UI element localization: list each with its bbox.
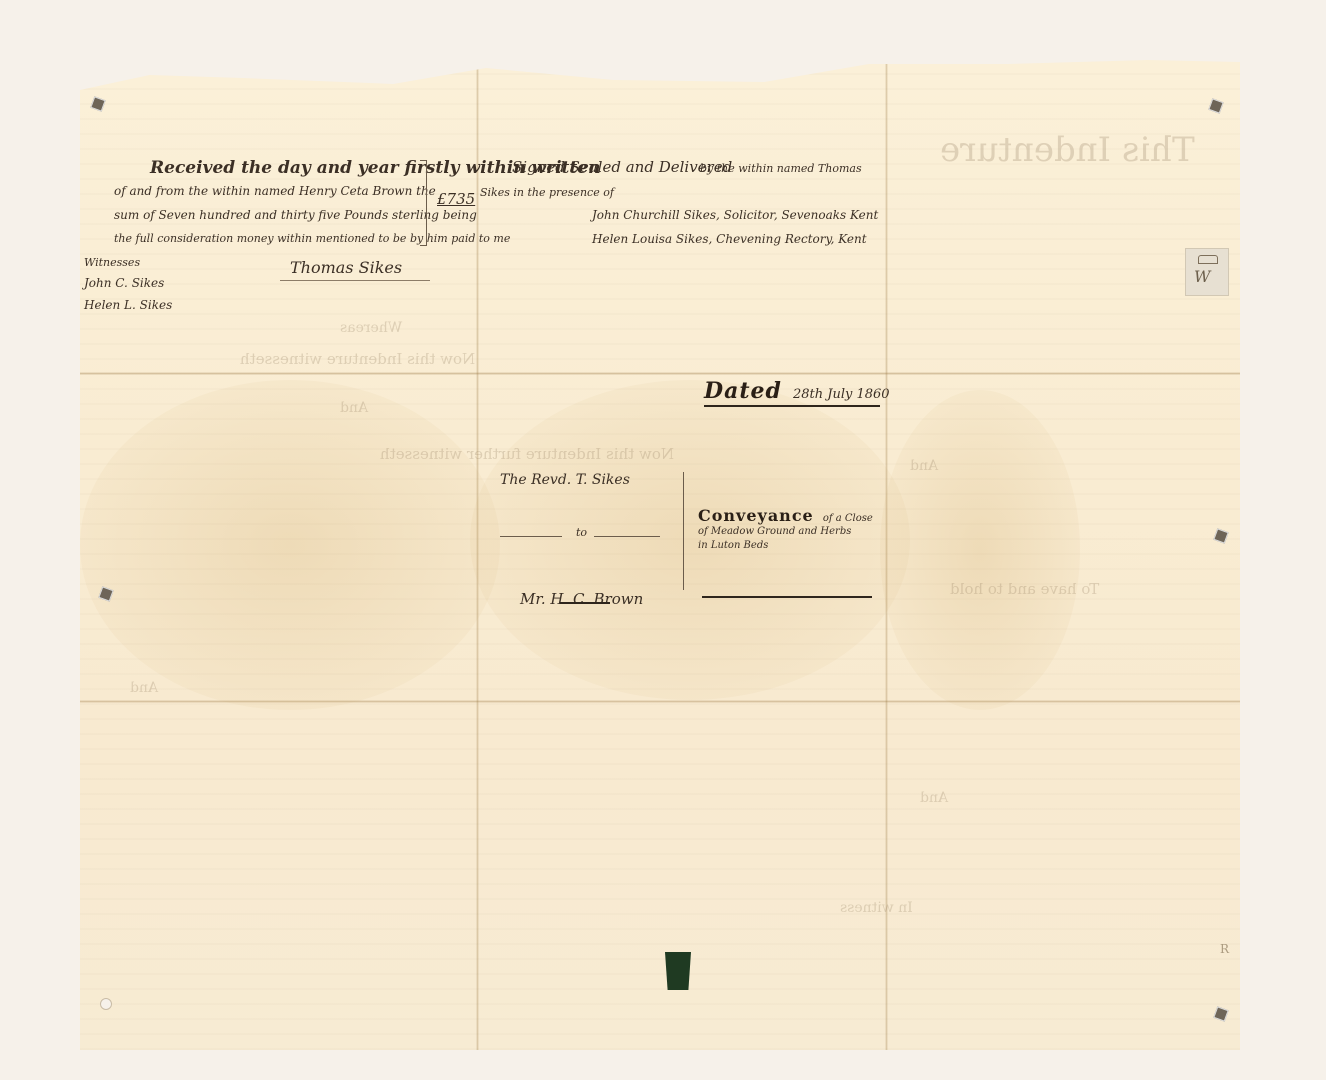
receipt-line: of and from the within named Henry Ceta … xyxy=(114,184,436,198)
deed-description: in Luton Beds xyxy=(698,540,768,551)
dated-line: Dated 28th July 1860 xyxy=(704,378,890,404)
witness-signature: John C. Sikes xyxy=(84,276,164,290)
seal-ribbon xyxy=(665,952,691,990)
brace xyxy=(420,160,427,246)
to-rule-right xyxy=(594,536,660,537)
punched-hole xyxy=(100,998,112,1010)
divider xyxy=(683,472,684,590)
receipt-amount: £735 xyxy=(437,190,475,208)
ghost-text: Now this Indenture further witnesseth xyxy=(380,445,674,463)
dated-value: 28th July 1860 xyxy=(793,387,890,402)
document-sheet: This Indenture Whereas Now this Indentur… xyxy=(80,60,1240,1050)
ghost-text: In witness xyxy=(840,900,913,916)
deed-description: of Meadow Ground and Herbs xyxy=(698,526,851,537)
corner-initials: R xyxy=(1220,942,1229,956)
to-label: to xyxy=(576,526,587,539)
witnesses-label: Witnesses xyxy=(84,256,140,269)
party-from: The Revd. T. Sikes xyxy=(500,472,630,488)
to-rule-left xyxy=(500,536,562,537)
receipt-line: the full consideration money within ment… xyxy=(114,232,510,245)
fold-line-horizontal-1 xyxy=(80,372,1240,375)
party-to-rule xyxy=(560,602,610,604)
execution-witness: John Churchill Sikes, Solicitor, Sevenoa… xyxy=(592,208,878,222)
ghost-indenture-heading: This Indenture xyxy=(940,130,1195,170)
receipt-signature: Thomas Sikes xyxy=(290,258,402,277)
signature-rule xyxy=(280,280,430,281)
description-rule xyxy=(702,596,872,598)
witness-signature: Helen L. Sikes xyxy=(84,298,172,312)
monogram-icon: W xyxy=(1194,267,1210,286)
execution-line: Sikes in the presence of xyxy=(480,186,614,199)
ghost-text: Whereas xyxy=(340,320,402,336)
stain xyxy=(880,390,1080,710)
ghost-text: To have and to hold xyxy=(950,580,1099,598)
deed-description: of a Close xyxy=(823,513,873,524)
ghost-text: And xyxy=(910,458,938,474)
stain xyxy=(470,380,910,700)
party-to: Mr. H. C. Brown xyxy=(520,590,643,608)
dated-label: Dated xyxy=(704,378,782,404)
execution-witness: Helen Louisa Sikes, Chevening Rectory, K… xyxy=(592,232,867,246)
deed-title-line: Conveyance of a Close xyxy=(698,506,873,525)
deed-title: Conveyance xyxy=(698,506,814,525)
ghost-text: And xyxy=(920,790,948,806)
ghost-text: Now this Indenture witnesseth xyxy=(240,350,475,368)
crown-icon xyxy=(1198,255,1218,264)
stain xyxy=(80,380,500,710)
ghost-text: And xyxy=(130,680,158,696)
dated-rule xyxy=(704,405,880,407)
embossed-stamp: W xyxy=(1185,248,1229,296)
execution-line: by the within named Thomas xyxy=(700,162,862,175)
ghost-text: And xyxy=(340,400,368,416)
